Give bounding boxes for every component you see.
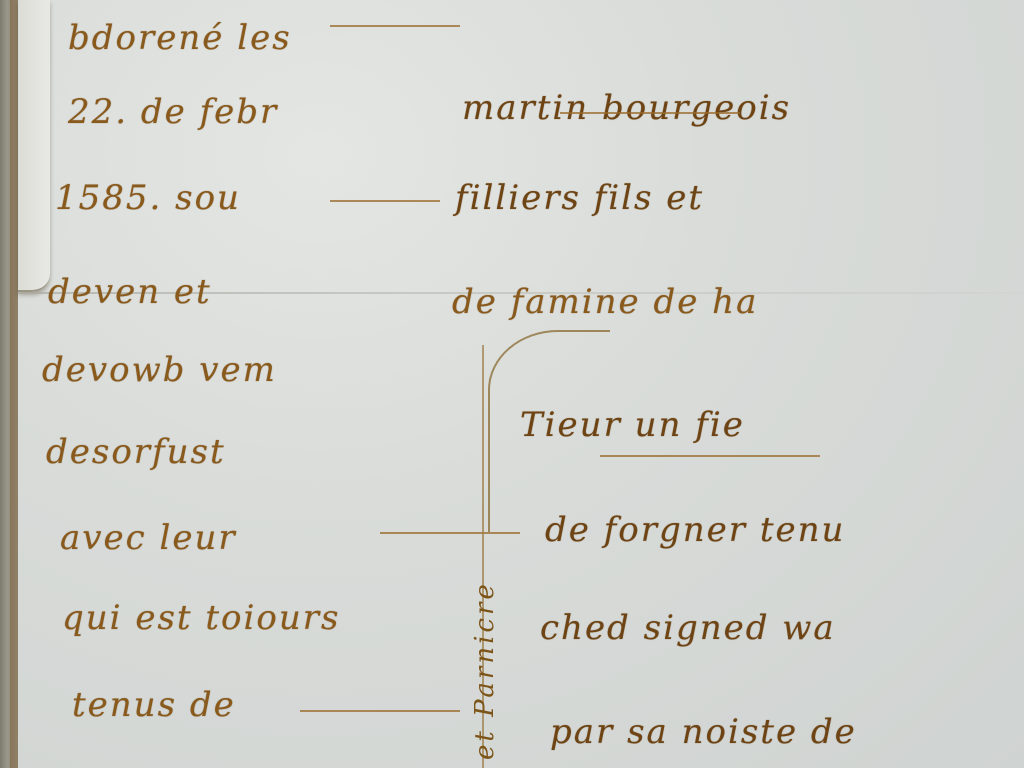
pen-stroke bbox=[560, 112, 740, 114]
right-line-2: martin bourgeois bbox=[462, 88, 791, 128]
pen-stroke bbox=[380, 532, 520, 534]
margin-note-vertical: et Parnicre bbox=[470, 581, 500, 760]
pen-stroke bbox=[330, 25, 460, 27]
left-line-2: 22. de febr bbox=[68, 92, 278, 132]
left-line-3: 1585. sou bbox=[55, 178, 241, 218]
left-line-5: devowb vem bbox=[42, 350, 277, 390]
left-line-6: desorfust bbox=[46, 432, 226, 472]
left-line-9: tenus de bbox=[72, 685, 236, 725]
right-line-5: de famine de ha bbox=[452, 282, 758, 322]
right-line-3: filliers fils et bbox=[455, 178, 704, 218]
folded-page-corner bbox=[18, 0, 50, 292]
left-line-7: avec leur bbox=[60, 518, 237, 558]
pen-stroke bbox=[330, 200, 440, 202]
book-binding-edge bbox=[0, 0, 18, 768]
right-line-10: par sa noiste de bbox=[550, 712, 857, 752]
left-line-8: qui est toiours bbox=[62, 598, 340, 638]
margin-bracket bbox=[488, 330, 610, 532]
pen-stroke bbox=[600, 455, 820, 457]
right-line-9: ched signed wa bbox=[540, 608, 836, 648]
left-line-1: bdorené les bbox=[68, 18, 292, 58]
left-line-4: deven et bbox=[48, 272, 212, 312]
pen-stroke bbox=[300, 710, 460, 712]
